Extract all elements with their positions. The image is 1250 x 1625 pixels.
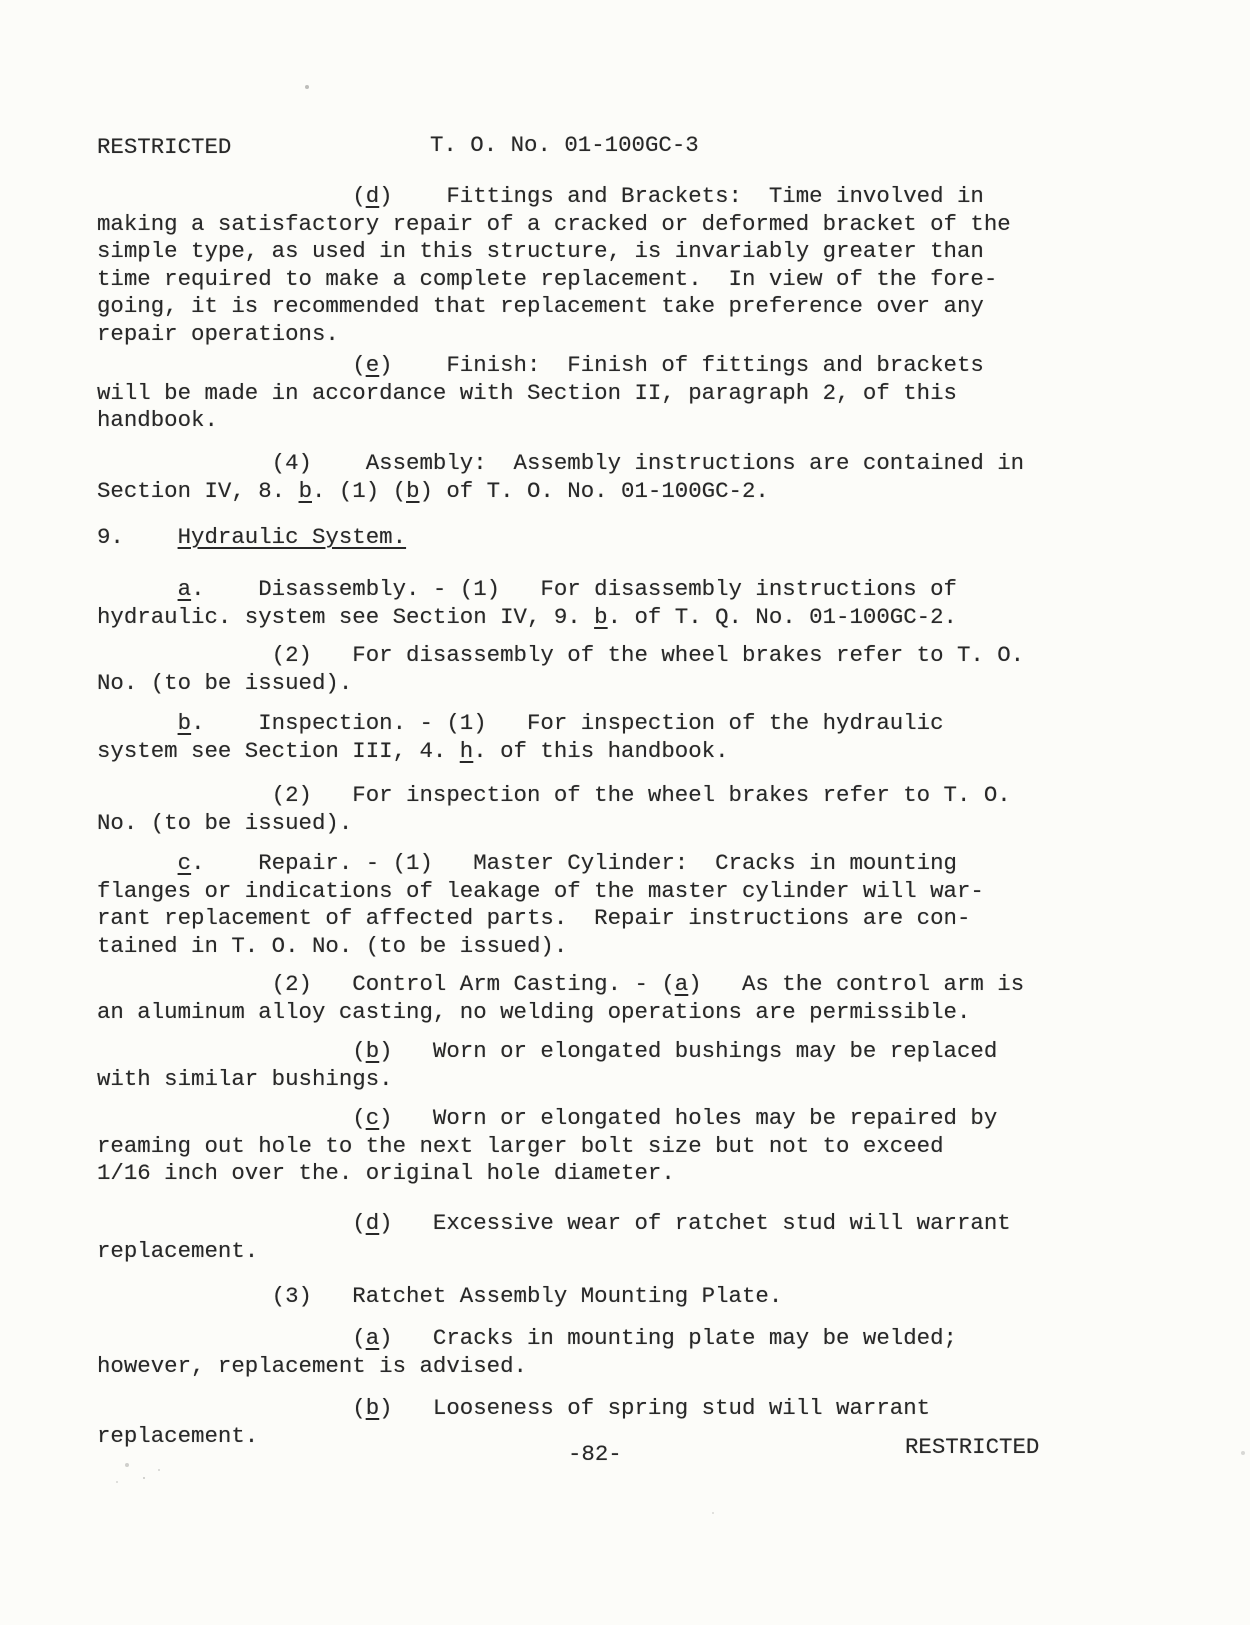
heading-9-hydraulic-system: 9. Hydraulic System. bbox=[97, 524, 406, 552]
underlined-text: h bbox=[460, 738, 473, 764]
paragraph-9c2c-elongated-holes: (c) Worn or elongated holes may be repai… bbox=[97, 1105, 997, 1188]
text-segment: time required to make a complete replace… bbox=[97, 266, 997, 292]
text-line: flanges or indications of leakage of the… bbox=[97, 878, 984, 906]
text-segment: (2) For inspection of the wheel brakes r… bbox=[97, 782, 1011, 808]
text-line: (b) Worn or elongated bushings may be re… bbox=[97, 1038, 997, 1066]
text-line: Section IV, 8. b. (1) (b) of T. O. No. 0… bbox=[97, 478, 1024, 506]
text-line: reaming out hole to the next larger bolt… bbox=[97, 1133, 997, 1161]
text-line: 9. Hydraulic System. bbox=[97, 524, 406, 552]
text-line: time required to make a complete replace… bbox=[97, 266, 1011, 294]
text-segment: going, it is recommended that replacemen… bbox=[97, 293, 984, 319]
text-line: (2) For disassembly of the wheel brakes … bbox=[97, 642, 1024, 670]
text-segment: ( bbox=[97, 1038, 366, 1064]
text-segment: No. (to be issued). bbox=[97, 670, 352, 696]
paragraph-9c3-ratchet-assembly-mounting-plate: (3) Ratchet Assembly Mounting Plate. bbox=[97, 1283, 782, 1311]
underlined-text: Hydraulic System. bbox=[178, 524, 406, 550]
text-segment: ) of T. O. No. 01-100GC-2. bbox=[420, 478, 769, 504]
underlined-text: b bbox=[178, 710, 191, 736]
text-line: No. (to be issued). bbox=[97, 670, 1024, 698]
paragraph-9a-disassembly: a. Disassembly. - (1) For disassembly in… bbox=[97, 576, 957, 631]
underlined-text: a bbox=[366, 1325, 379, 1351]
footer-page-number: -82- bbox=[568, 1441, 622, 1469]
text-segment: simple type, as used in this structure, … bbox=[97, 238, 984, 264]
text-segment: . (1) ( bbox=[312, 478, 406, 504]
text-segment: (2) For disassembly of the wheel brakes … bbox=[97, 642, 1024, 668]
text-segment: ( bbox=[97, 1325, 366, 1351]
text-segment: ( bbox=[97, 1395, 366, 1421]
underlined-text: a bbox=[675, 971, 688, 997]
paragraph-9b-inspection: b. Inspection. - (1) For inspection of t… bbox=[97, 710, 944, 765]
paragraph-9c2d-ratchet-stud: (d) Excessive wear of ratchet stud will … bbox=[97, 1210, 1011, 1265]
text-line: (3) Ratchet Assembly Mounting Plate. bbox=[97, 1283, 782, 1311]
text-segment: ) Worn or elongated holes may be repaire… bbox=[379, 1105, 997, 1131]
paragraph-9c3b-spring-stud: (b) Looseness of spring stud will warran… bbox=[97, 1395, 930, 1450]
text-segment: reaming out hole to the next larger bolt… bbox=[97, 1133, 944, 1159]
paragraph-4-assembly: (4) Assembly: Assembly instructions are … bbox=[97, 450, 1024, 505]
text-segment: ( bbox=[97, 183, 366, 209]
text-segment: ( bbox=[97, 1105, 366, 1131]
text-segment: (3) Ratchet Assembly Mounting Plate. bbox=[97, 1283, 782, 1309]
text-line: b. Inspection. - (1) For inspection of t… bbox=[97, 710, 944, 738]
underlined-text: a bbox=[178, 576, 191, 602]
underlined-text: b bbox=[366, 1038, 379, 1064]
text-line: a. Disassembly. - (1) For disassembly in… bbox=[97, 576, 957, 604]
header-to-number: T. O. No. 01-100GC-3 bbox=[430, 132, 699, 160]
text-segment: ( bbox=[97, 352, 366, 378]
text-line: (e) Finish: Finish of fittings and brack… bbox=[97, 352, 984, 380]
text-segment: (4) Assembly: Assembly instructions are … bbox=[97, 450, 1024, 476]
text-segment: ) Fittings and Brackets: Time involved i… bbox=[379, 183, 984, 209]
underlined-text: b bbox=[366, 1395, 379, 1421]
text-segment: . Disassembly. - (1) For disassembly ins… bbox=[191, 576, 957, 602]
text-line: (c) Worn or elongated holes may be repai… bbox=[97, 1105, 997, 1133]
footer-classification: RESTRICTED bbox=[905, 1434, 1039, 1462]
text-line: replacement. bbox=[97, 1238, 1011, 1266]
text-line: 1/16 inch over the. original hole diamet… bbox=[97, 1160, 997, 1188]
text-segment: system see Section III, 4. bbox=[97, 738, 460, 764]
text-line: system see Section III, 4. h. of this ha… bbox=[97, 738, 944, 766]
text-line: going, it is recommended that replacemen… bbox=[97, 293, 1011, 321]
text-segment: replacement. bbox=[97, 1238, 258, 1264]
text-segment: an aluminum alloy casting, no welding op… bbox=[97, 999, 970, 1025]
underlined-text: c bbox=[178, 850, 191, 876]
text-segment: rant replacement of affected parts. Repa… bbox=[97, 905, 970, 931]
text-segment: . of T. Q. No. 01-100GC-2. bbox=[608, 604, 957, 630]
text-line: replacement. bbox=[97, 1423, 930, 1451]
paragraph-9c-repair-master-cylinder: c. Repair. - (1) Master Cylinder: Cracks… bbox=[97, 850, 984, 960]
text-segment: tained in T. O. No. (to be issued). bbox=[97, 933, 567, 959]
text-segment: flanges or indications of leakage of the… bbox=[97, 878, 984, 904]
document-page: RESTRICTED T. O. No. 01-100GC-3 (d) Fitt… bbox=[0, 0, 1250, 1625]
text-line: however, replacement is advised. bbox=[97, 1353, 957, 1381]
text-line: with similar bushings. bbox=[97, 1066, 997, 1094]
text-line: repair operations. bbox=[97, 321, 1011, 349]
text-segment: No. (to be issued). bbox=[97, 810, 352, 836]
text-segment: (2) Control Arm Casting. - ( bbox=[97, 971, 675, 997]
text-line: (a) Cracks in mounting plate may be weld… bbox=[97, 1325, 957, 1353]
underlined-text: b bbox=[594, 604, 607, 630]
paragraph-9c2-control-arm-casting: (2) Control Arm Casting. - (a) As the co… bbox=[97, 971, 1024, 1026]
paragraph-4e-finish: (e) Finish: Finish of fittings and brack… bbox=[97, 352, 984, 435]
text-line: (4) Assembly: Assembly instructions are … bbox=[97, 450, 1024, 478]
text-segment: making a satisfactory repair of a cracke… bbox=[97, 211, 1011, 237]
text-segment: will be made in accordance with Section … bbox=[97, 380, 957, 406]
text-segment: with similar bushings. bbox=[97, 1066, 393, 1092]
text-line: handbook. bbox=[97, 407, 984, 435]
text-segment: however, replacement is advised. bbox=[97, 1353, 527, 1379]
text-segment: . Inspection. - (1) For inspection of th… bbox=[191, 710, 943, 736]
text-segment: ) Excessive wear of ratchet stud will wa… bbox=[379, 1210, 1011, 1236]
text-segment: ) Cracks in mounting plate may be welded… bbox=[379, 1325, 957, 1351]
paragraph-9c3a-cracks-welded: (a) Cracks in mounting plate may be weld… bbox=[97, 1325, 957, 1380]
text-segment bbox=[97, 710, 178, 736]
paragraph-9c2b-bushings: (b) Worn or elongated bushings may be re… bbox=[97, 1038, 997, 1093]
text-line: (b) Looseness of spring stud will warran… bbox=[97, 1395, 930, 1423]
underlined-text: b bbox=[406, 478, 419, 504]
scan-noise-specks bbox=[0, 0, 2, 2]
text-segment: repair operations. bbox=[97, 321, 339, 347]
text-segment: replacement. bbox=[97, 1423, 258, 1449]
text-line: (d) Excessive wear of ratchet stud will … bbox=[97, 1210, 1011, 1238]
text-line: rant replacement of affected parts. Repa… bbox=[97, 905, 984, 933]
header-classification: RESTRICTED bbox=[97, 134, 231, 162]
text-segment: 9. bbox=[97, 524, 178, 550]
text-segment bbox=[97, 576, 178, 602]
underlined-text: c bbox=[366, 1105, 379, 1131]
text-segment: ) Finish: Finish of fittings and bracket… bbox=[379, 352, 984, 378]
text-line: c. Repair. - (1) Master Cylinder: Cracks… bbox=[97, 850, 984, 878]
text-segment: ) Worn or elongated bushings may be repl… bbox=[379, 1038, 997, 1064]
paragraph-4d-fittings-and-brackets: (d) Fittings and Brackets: Time involved… bbox=[97, 183, 1011, 348]
paragraph-9b2-wheel-brakes-inspection: (2) For inspection of the wheel brakes r… bbox=[97, 782, 1011, 837]
underlined-text: b bbox=[299, 478, 312, 504]
underlined-text: e bbox=[366, 352, 379, 378]
text-line: will be made in accordance with Section … bbox=[97, 380, 984, 408]
text-segment: ) As the control arm is bbox=[688, 971, 1024, 997]
text-line: hydraulic. system see Section IV, 9. b. … bbox=[97, 604, 957, 632]
paragraph-9a2-wheel-brakes-disassembly: (2) For disassembly of the wheel brakes … bbox=[97, 642, 1024, 697]
underlined-text: d bbox=[366, 183, 379, 209]
text-line: simple type, as used in this structure, … bbox=[97, 238, 1011, 266]
text-line: No. (to be issued). bbox=[97, 810, 1011, 838]
text-segment: ( bbox=[97, 1210, 366, 1236]
text-line: (d) Fittings and Brackets: Time involved… bbox=[97, 183, 1011, 211]
text-segment: ) Looseness of spring stud will warrant bbox=[379, 1395, 930, 1421]
text-segment bbox=[97, 850, 178, 876]
text-line: making a satisfactory repair of a cracke… bbox=[97, 211, 1011, 239]
text-segment: . Repair. - (1) Master Cylinder: Cracks … bbox=[191, 850, 957, 876]
text-segment: handbook. bbox=[97, 407, 218, 433]
text-line: an aluminum alloy casting, no welding op… bbox=[97, 999, 1024, 1027]
underlined-text: d bbox=[366, 1210, 379, 1236]
text-segment: Section IV, 8. bbox=[97, 478, 299, 504]
text-line: (2) For inspection of the wheel brakes r… bbox=[97, 782, 1011, 810]
text-segment: 1/16 inch over the. original hole diamet… bbox=[97, 1160, 675, 1186]
text-segment: hydraulic. system see Section IV, 9. bbox=[97, 604, 594, 630]
text-line: tained in T. O. No. (to be issued). bbox=[97, 933, 984, 961]
text-line: (2) Control Arm Casting. - (a) As the co… bbox=[97, 971, 1024, 999]
text-segment: . of this handbook. bbox=[473, 738, 728, 764]
